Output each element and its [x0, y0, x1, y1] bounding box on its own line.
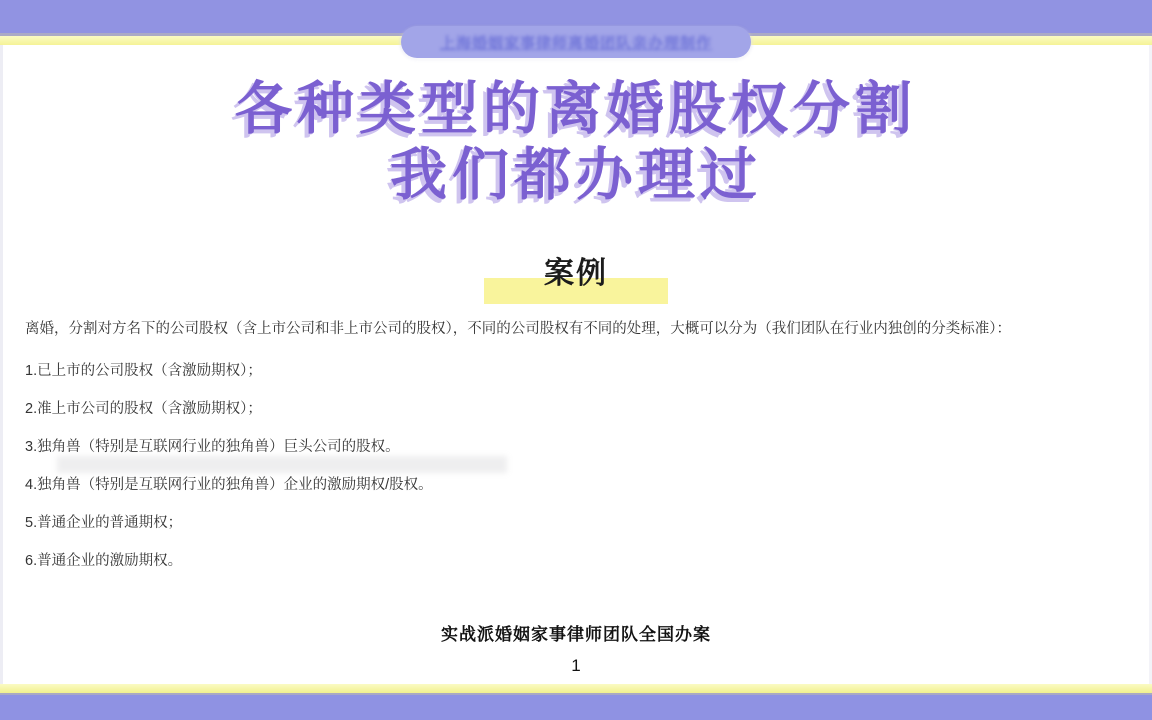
footer-bar — [0, 695, 1152, 720]
page-number: 1 — [0, 656, 1152, 676]
list-item: 3.独角兽（特别是互联网行业的独角兽）巨头公司的股权。 — [25, 438, 1127, 457]
section-heading-wrap: 案例 — [0, 248, 1152, 300]
list-item: 6.普通企业的激励期权。 — [25, 552, 1127, 571]
footer-slogan: 实战派婚姻家事律师团队全国办案 — [0, 620, 1152, 645]
list-item: 4.独角兽（特别是互联网行业的独角兽）企业的激励期权/股权。 — [25, 476, 1127, 495]
watermark-text: 上海婚姻家事律师离婚团队亲办理制作 — [440, 32, 712, 53]
list-item: 5.普通企业的普通期权； — [25, 514, 1127, 533]
page-title-line2: 我们都办理过 — [0, 142, 1152, 208]
list-item: 1.已上市的公司股权（含激励期权）； — [25, 362, 1127, 381]
footer-accent-strip — [0, 684, 1152, 693]
body-content: 离婚，分割对方名下的公司股权（含上市公司和非上市公司的股权），不同的公司股权有不… — [25, 319, 1127, 590]
watermark-badge: 上海婚姻家事律师离婚团队亲办理制作 — [401, 26, 751, 58]
section-heading-text: 案例 — [544, 257, 608, 290]
slide-page: 上海婚姻家事律师离婚团队亲办理制作 各种类型的离婚股权分割 我们都办理过 案例 … — [0, 0, 1152, 720]
section-heading: 案例 — [544, 248, 608, 300]
intro-paragraph: 离婚，分割对方名下的公司股权（含上市公司和非上市公司的股权），不同的公司股权有不… — [25, 319, 1127, 339]
page-title-line1: 各种类型的离婚股权分割 — [0, 76, 1152, 142]
watermark-smudge — [57, 456, 507, 473]
page-title: 各种类型的离婚股权分割 我们都办理过 — [0, 76, 1152, 208]
list-item: 2.准上市公司的股权（含激励期权）； — [25, 400, 1127, 419]
